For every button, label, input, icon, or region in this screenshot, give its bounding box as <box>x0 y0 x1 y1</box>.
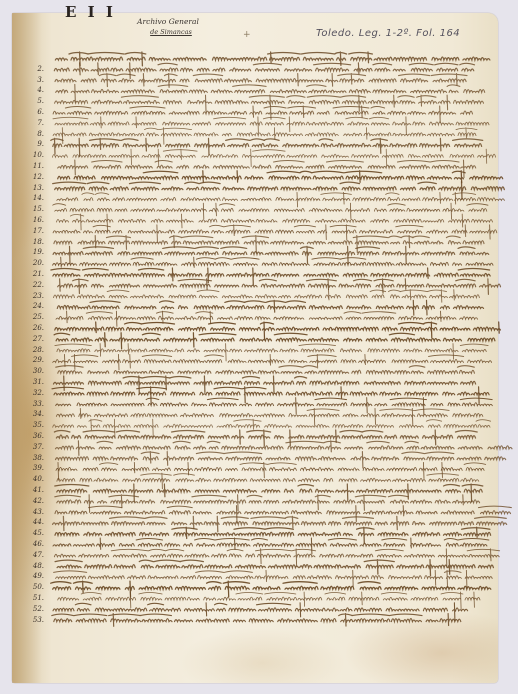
handwritten-line <box>54 430 477 446</box>
handwritten-line <box>53 246 489 264</box>
handwritten-line <box>57 300 483 315</box>
handwritten-line <box>53 128 477 145</box>
handwritten-line <box>56 452 506 468</box>
manuscript-text-body: 2.3.4.5.6.7.8.9.10.11.12.13.14.15.16.17.… <box>0 0 518 694</box>
handwritten-line <box>53 419 491 437</box>
handwritten-line <box>55 495 480 513</box>
handwritten-line <box>56 311 478 326</box>
handwritten-line <box>58 592 480 609</box>
handwritten-line <box>52 614 461 627</box>
handwritten-line <box>53 225 497 242</box>
handwritten-line <box>55 527 491 544</box>
handwritten-line <box>53 257 493 267</box>
handwritten-line <box>54 376 476 394</box>
handwritten-line <box>51 138 483 156</box>
handwritten-line <box>53 106 472 122</box>
handwritten-line <box>55 95 484 111</box>
handwritten-line <box>58 160 476 178</box>
handwritten-line <box>54 570 493 587</box>
handwritten-line <box>53 354 492 369</box>
handwritten-line <box>54 549 499 566</box>
handwritten-line <box>53 603 468 621</box>
handwritten-line <box>58 171 503 183</box>
handwritten-line <box>53 538 489 554</box>
handwritten-line <box>56 398 493 416</box>
handwritten-line <box>56 408 482 425</box>
handwritten-line <box>56 441 513 456</box>
handwritten-line <box>55 344 488 361</box>
handwritten-line <box>55 506 511 523</box>
handwritten-line <box>55 484 483 502</box>
handwritten-line <box>51 581 491 597</box>
handwritten-line <box>51 268 490 285</box>
handwritten-line <box>54 236 484 253</box>
handwritten-line <box>54 63 474 79</box>
handwritten-line <box>54 290 480 303</box>
handwritten-line <box>54 333 495 349</box>
handwritten-line <box>57 192 505 207</box>
handwritten-line <box>53 516 507 531</box>
handwritten-line <box>57 214 493 232</box>
handwritten-line <box>53 182 505 200</box>
handwritten-line <box>52 149 495 166</box>
handwritten-line <box>53 203 488 219</box>
handwritten-line <box>56 462 486 480</box>
handwritten-line <box>55 560 493 576</box>
handwriting-ink <box>0 0 518 694</box>
handwritten-line <box>57 473 479 489</box>
handwritten-line <box>58 279 501 295</box>
